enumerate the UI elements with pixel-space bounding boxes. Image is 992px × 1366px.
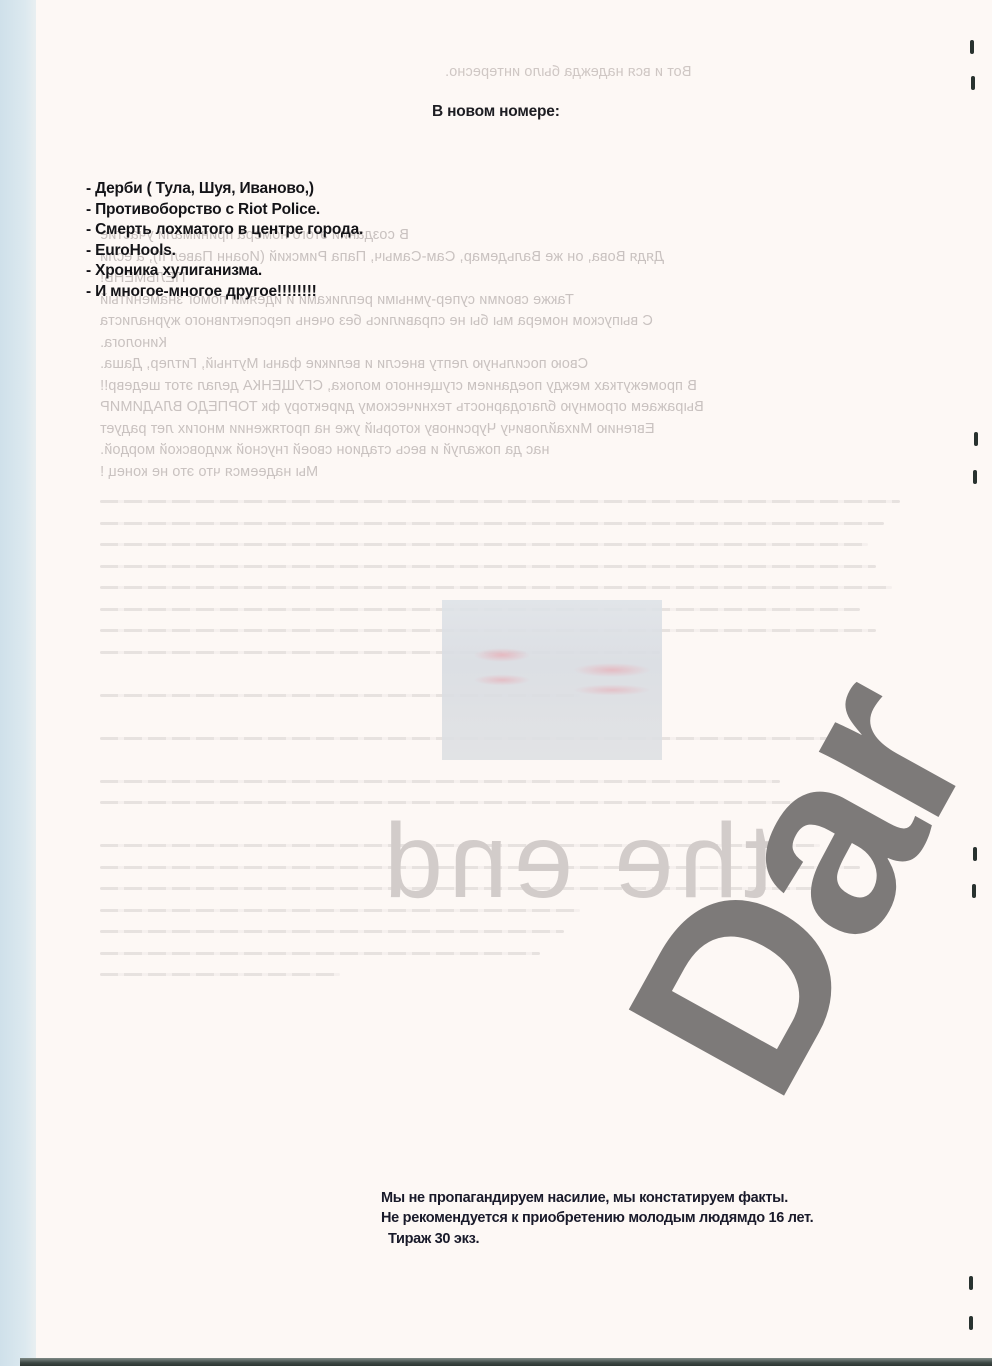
staple-mark bbox=[973, 470, 977, 484]
show-through-texture-line bbox=[100, 586, 892, 589]
show-through-line: Свою посильную лепту внесли и великие фа… bbox=[100, 354, 840, 376]
footer-line: Мы не пропагандируем насилие, мы констат… bbox=[381, 1188, 813, 1208]
show-through-top-line: Вот и вся надежда было интересно. bbox=[445, 62, 775, 84]
contents-item: - И многое-многое другое!!!!!!!! bbox=[86, 282, 363, 303]
show-through-line: Мы надеемся что это не конец ! bbox=[100, 462, 840, 484]
show-through-line: Евгению Михайловичу Чурсинову который уж… bbox=[100, 419, 840, 441]
show-through-texture-line bbox=[100, 565, 876, 568]
footer-disclaimer: Мы не пропагандируем насилие, мы констат… bbox=[381, 1188, 813, 1249]
contents-list: - Дерби ( Тула, Шуя, Иваново,) - Противо… bbox=[86, 179, 363, 303]
show-through-texture-line bbox=[100, 930, 564, 933]
staple-mark bbox=[971, 76, 975, 90]
staple-mark bbox=[974, 432, 978, 446]
football-fans-photo bbox=[442, 600, 662, 760]
show-through-line: В промежутках между поеданием сгущенного… bbox=[100, 376, 840, 398]
contents-item: - Хроника хулиганизма. bbox=[86, 261, 363, 282]
footer-line: Не рекомендуется к приобретению молодым … bbox=[381, 1208, 813, 1228]
staple-mark bbox=[972, 884, 976, 898]
staple-mark bbox=[969, 1316, 973, 1330]
show-through-texture-line bbox=[100, 543, 868, 546]
show-through-line: нас да пожалуй и весь стадион своей гнус… bbox=[100, 440, 840, 462]
issue-heading: В новом номере: bbox=[432, 103, 560, 121]
contents-item: - Противоборство с Riot Police. bbox=[86, 200, 363, 221]
show-through-texture-line bbox=[100, 780, 780, 783]
show-through-texture-line bbox=[100, 522, 884, 525]
contents-item: - Дерби ( Тула, Шуя, Иваново,) bbox=[86, 179, 363, 200]
show-through-texture-line bbox=[100, 973, 340, 976]
footer-print-run: Тираж 30 экз. bbox=[381, 1229, 813, 1249]
show-through-line: Выражаем огромную благодарность техничес… bbox=[100, 397, 840, 419]
contents-item: - Смерть лохматого в центре города. bbox=[86, 220, 363, 241]
scan-background-strip bbox=[0, 0, 36, 1366]
staple-mark bbox=[970, 40, 974, 54]
contents-item: - EuroHools. bbox=[86, 241, 363, 262]
show-through-line: С выпуском номера мы бы не справились бе… bbox=[100, 311, 840, 333]
show-through-line: Кинолога. bbox=[100, 333, 840, 355]
page-bottom-edge bbox=[20, 1358, 992, 1366]
show-through-texture-line bbox=[100, 500, 900, 503]
show-through-texture-line bbox=[100, 952, 540, 955]
staple-mark bbox=[973, 847, 977, 861]
staple-mark bbox=[969, 1276, 973, 1290]
